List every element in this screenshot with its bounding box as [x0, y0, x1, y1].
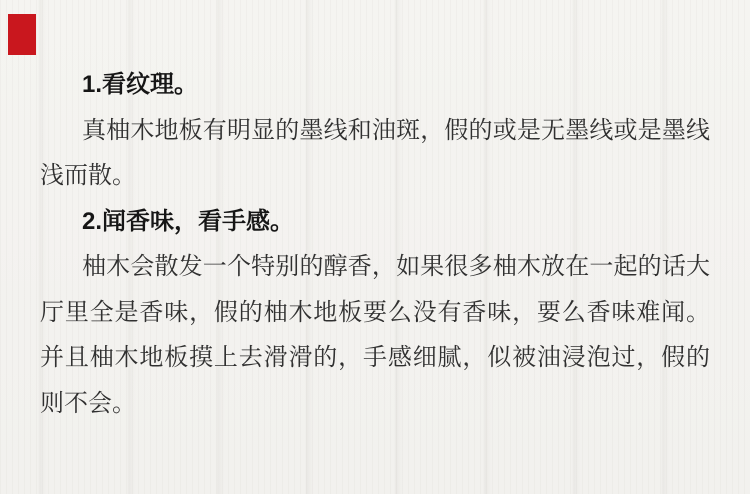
section-2-heading: 2.闻香味，看手感。 — [40, 199, 710, 245]
article-body: 1.看纹理。 真柚木地板有明显的墨线和油斑，假的或是无墨线或是墨线浅而散。 2.… — [40, 62, 710, 426]
section-2-paragraph: 柚木会散发一个特别的醇香，如果很多柚木放在一起的话大厅里全是香味，假的柚木地板要… — [40, 244, 710, 426]
section-smell-and-touch: 2.闻香味，看手感。 柚木会散发一个特别的醇香，如果很多柚木放在一起的话大厅里全… — [40, 199, 710, 427]
article-page: 1.看纹理。 真柚木地板有明显的墨线和油斑，假的或是无墨线或是墨线浅而散。 2.… — [0, 0, 750, 494]
section-1-paragraph: 真柚木地板有明显的墨线和油斑，假的或是无墨线或是墨线浅而散。 — [40, 108, 710, 199]
section-look-at-grain: 1.看纹理。 真柚木地板有明显的墨线和油斑，假的或是无墨线或是墨线浅而散。 — [40, 62, 710, 199]
red-marker-square — [8, 14, 36, 55]
section-1-heading: 1.看纹理。 — [40, 62, 710, 108]
